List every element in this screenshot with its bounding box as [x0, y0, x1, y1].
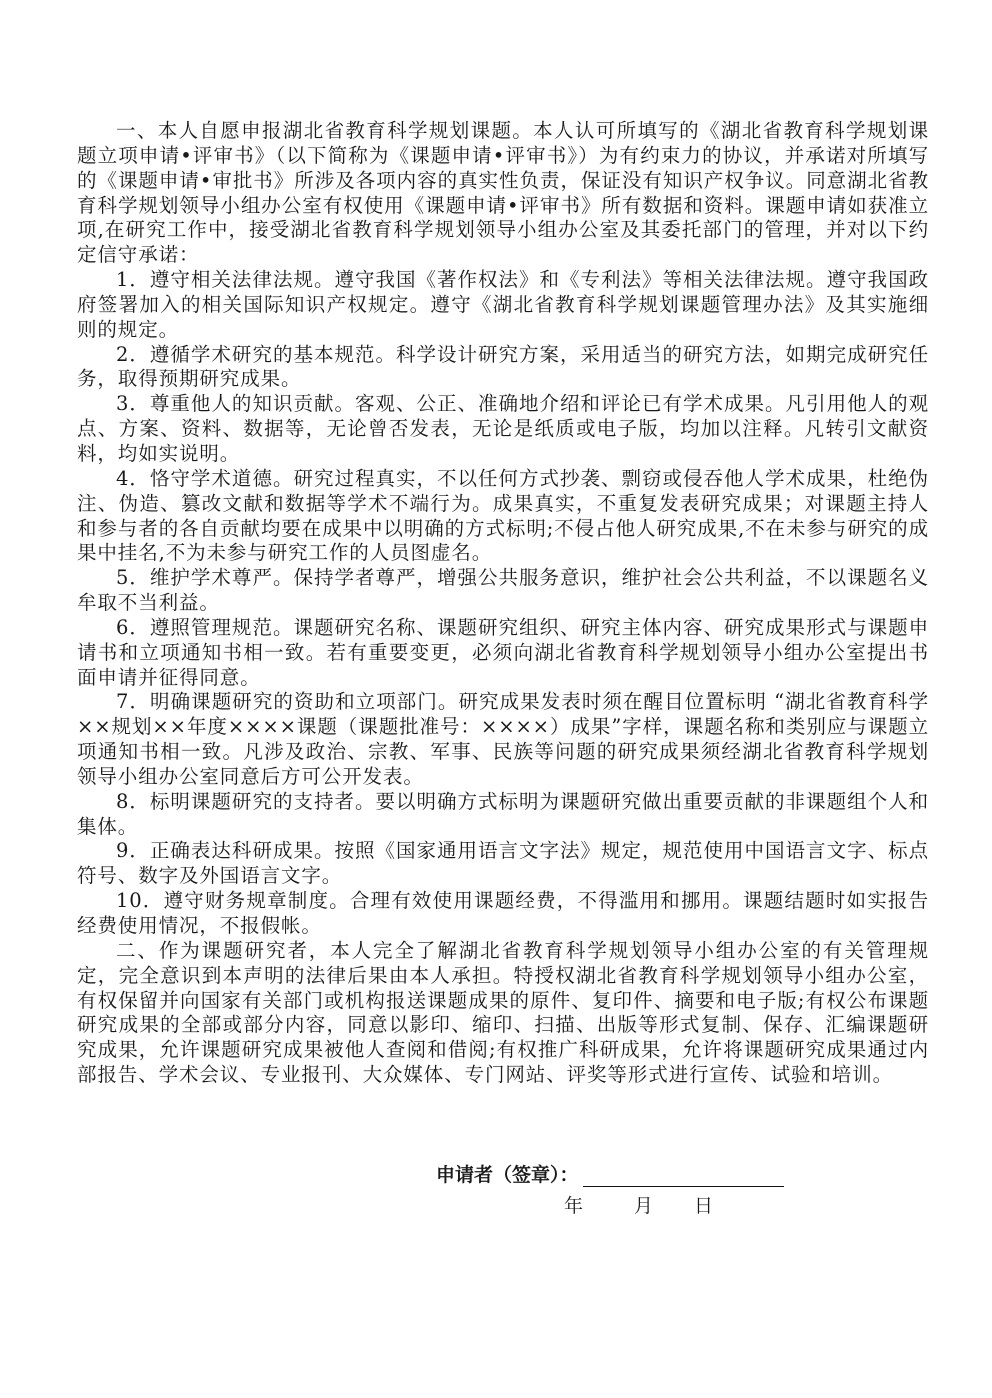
paragraph-item-3: 3．尊重他人的知识贡献。客观、公正、准确地介绍和评论已有学术成果。凡引用他人的观…	[77, 392, 929, 467]
paragraph-item-10: 10．遵守财务规章制度。合理有效使用课题经费，不得滥用和挪用。课题结题时如实报告…	[77, 889, 929, 939]
signature-line[interactable]	[583, 1166, 784, 1187]
paragraph-item-6: 6．遵照管理规范。课题研究名称、课题研究组织、研究主体内容、研究成果形式与课题申…	[77, 616, 929, 691]
paragraph-item-1: 1．遵守相关法律法规。遵守我国《著作权法》和《专利法》等相关法律法规。遵守我国政…	[77, 268, 929, 343]
paragraph-item-8: 8．标明课题研究的支持者。要以明确方式标明为课题研究做出重要贡献的非课题组个人和…	[77, 790, 929, 840]
date-year-label: 年	[564, 1191, 583, 1218]
paragraph-item-2: 2．遵循学术研究的基本规范。科学设计研究方案，采用适当的研究方法，如期完成研究任…	[77, 343, 929, 393]
paragraph-item-5: 5．维护学术尊严。保持学者尊严，增强公共服务意识，维护社会公共利益，不以课题名义…	[77, 566, 929, 616]
paragraph-item-9: 9．正确表达科研成果。按照《国家通用语言文字法》规定，规范使用中国语言文字、标点…	[77, 839, 929, 889]
date-day-label: 日	[694, 1191, 713, 1218]
date-month-label: 月	[634, 1191, 653, 1218]
signature-label: 申请者（签章）：	[436, 1160, 579, 1187]
paragraph-item-7: 7．明确课题研究的资助和立项部门。研究成果发表时须在醒目位置标明 “湖北省教育科…	[77, 690, 929, 789]
declaration-body: 一、本人自愿申报湖北省教育科学规划课题。本人认可所填写的《湖北省教育科学规划课题…	[77, 119, 929, 1088]
signature-block: 申请者（签章）：	[436, 1161, 836, 1187]
paragraph-intro: 一、本人自愿申报湖北省教育科学规划课题。本人认可所填写的《湖北省教育科学规划课题…	[77, 119, 929, 268]
paragraph-item-4: 4．恪守学术道德。研究过程真实，不以任何方式抄袭、剽窃或侵吞他人学术成果，杜绝伪…	[77, 467, 929, 566]
paragraph-authorization: 二、作为课题研究者，本人完全了解湖北省教育科学规划领导小组办公室的有关管理规定，…	[77, 939, 929, 1088]
